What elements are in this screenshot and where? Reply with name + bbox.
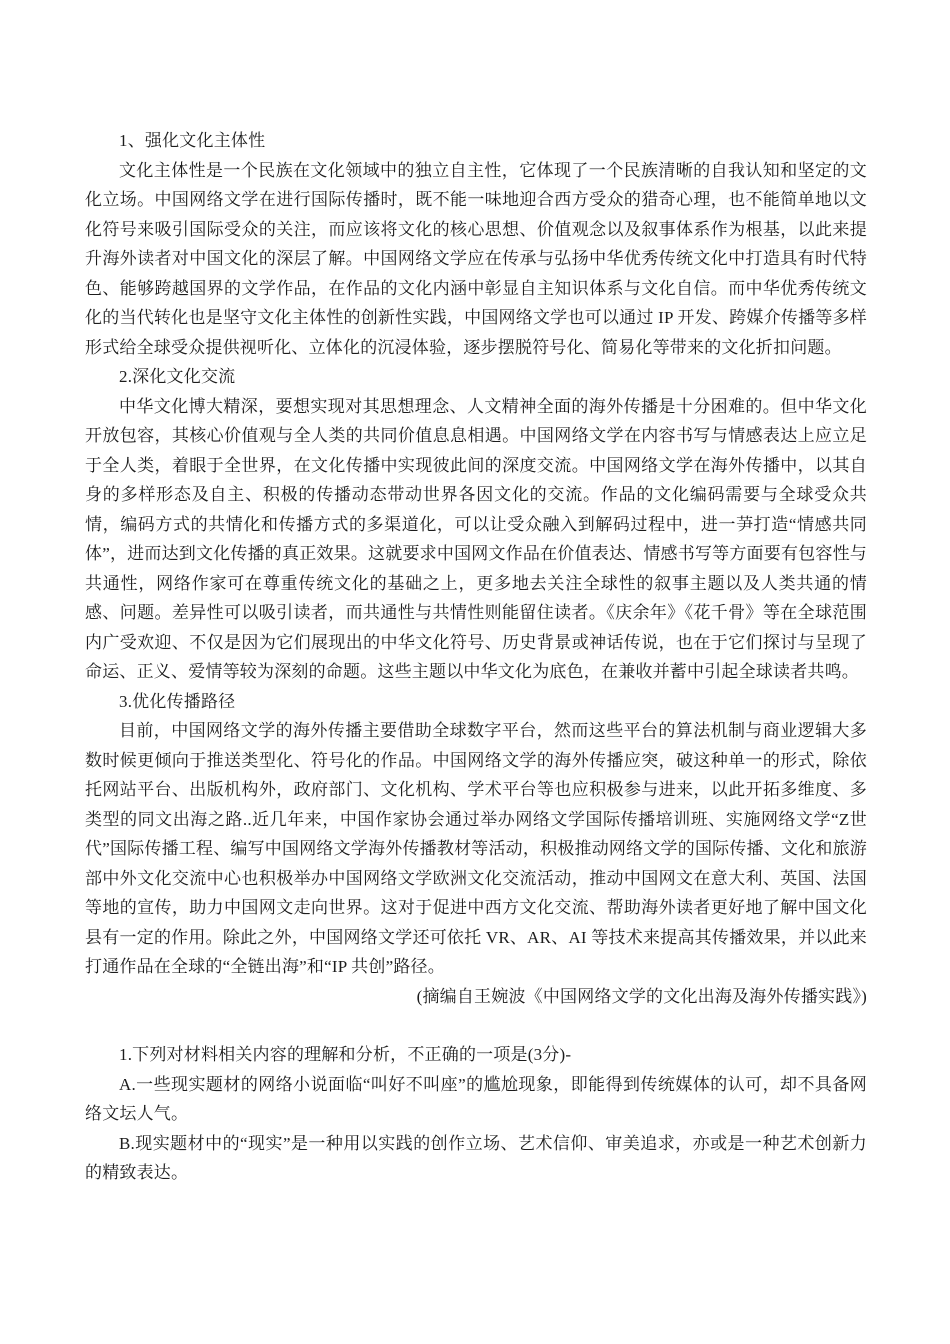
source-attribution: (摘编自王婉波《中国网络文学的文化出海及海外传播实践》) <box>85 982 867 1012</box>
paragraph-culture-exchange: 中华文化博大精深，要想实现对其思想理念、人文精神全面的海外传播是十分困难的。但中… <box>85 392 867 687</box>
document-body: 1、强化文化主体性 文化主体性是一个民族在文化领域中的独立自主性，它体现了一个民… <box>85 126 867 1188</box>
document-page: 1、强化文化主体性 文化主体性是一个民族在文化领域中的独立自主性，它体现了一个民… <box>0 0 950 1344</box>
section-heading-1: 1、强化文化主体性 <box>85 126 867 156</box>
paragraph-culture-subjectivity: 文化主体性是一个民族在文化领域中的独立自主性，它体现了一个民族清晰的自我认知和坚… <box>85 156 867 363</box>
section-heading-3: 3.优化传播路径 <box>85 687 867 717</box>
question-1: 1.下列对材料相关内容的理解和分析，不正确的一项是(3分)- <box>85 1040 867 1070</box>
question-1-option-b: B.现实题材中的“现实”是一种用以实践的创作立场、艺术信仰、审美追求，亦或是一种… <box>85 1129 867 1188</box>
question-1-option-a: A.一些现实题材的网络小说面临“叫好不叫座”的尴尬现象，即能得到传统媒体的认可，… <box>85 1070 867 1129</box>
paragraph-transmission-path: 目前，中国网络文学的海外传播主要借助全球数字平台，然而这些平台的算法机制与商业逻… <box>85 716 867 982</box>
section-heading-2: 2.深化文化交流 <box>85 362 867 392</box>
